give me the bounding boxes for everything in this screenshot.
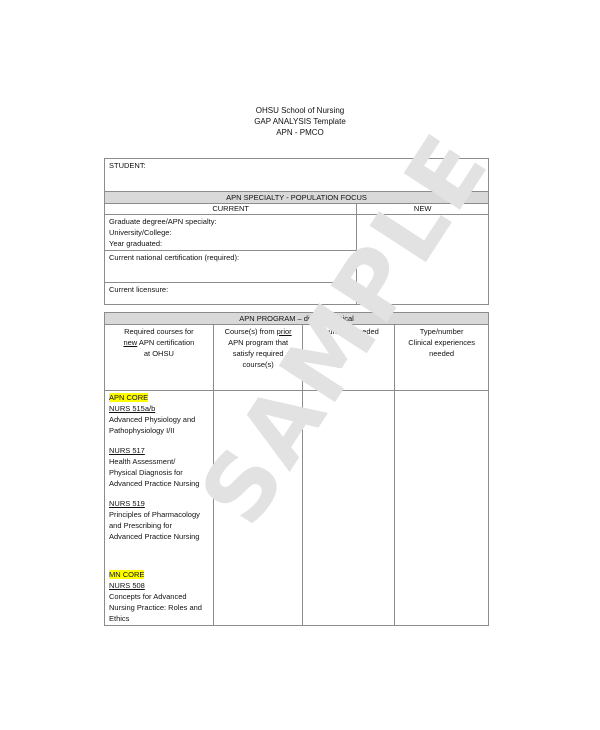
course-title: Nursing Practice: Roles and [109, 602, 209, 613]
program-table: APN PROGRAM – didactic/clinical Required… [104, 312, 489, 626]
year-graduated-label: Year graduated: [109, 238, 352, 249]
course-title: Ethics [109, 613, 209, 624]
specialty-table: STUDENT: APN SPECIALTY - POPULATION FOCU… [104, 158, 489, 305]
c1-line3: at OHSU [109, 348, 209, 359]
c2-line3: satisfy required [218, 348, 299, 359]
c2-line2: APN program that [218, 337, 299, 348]
graduate-degree-label: Graduate degree/APN specialty: [109, 216, 352, 227]
course-title: Advanced Physiology and [109, 414, 209, 425]
student-label: STUDENT: [109, 161, 146, 170]
specialty-header: APN SPECIALTY - POPULATION FOCUS [105, 192, 489, 204]
c2-line4: course(s) [218, 359, 299, 370]
c2-prior: prior [277, 327, 292, 336]
required-courses-cell: APN CORE NURS 515a/b Advanced Physiology… [105, 391, 214, 626]
apn-core-label: APN CORE [109, 393, 148, 402]
c4-line3: needed [399, 348, 484, 359]
course-code: NURS 508 [109, 580, 209, 591]
university-label: University/College: [109, 227, 352, 238]
courses-needed-cell[interactable] [303, 391, 395, 626]
c2-line1: Course(s) from prior [218, 326, 299, 337]
licensure-cell[interactable]: Current licensure: [105, 283, 357, 305]
new-column-header: NEW [357, 204, 489, 215]
document-title-block: OHSU School of Nursing GAP ANALYSIS Temp… [0, 105, 600, 138]
national-cert-cell[interactable]: Current national certification (required… [105, 251, 357, 283]
course-title: Advanced Practice Nursing [109, 531, 209, 542]
courses-needed-header: Course(s) needed [303, 325, 395, 391]
template-title: GAP ANALYSIS Template [0, 116, 600, 127]
course-title: Advanced Practice Nursing [109, 478, 209, 489]
student-field[interactable]: STUDENT: [105, 159, 489, 192]
course-title: Pathophysiology I/II [109, 425, 209, 436]
prior-courses-header: Course(s) from prior APN program that sa… [213, 325, 303, 391]
c4-line2: Clinical experiences [399, 337, 484, 348]
clinical-experiences-header: Type/number Clinical experiences needed [395, 325, 489, 391]
national-cert-label: Current national certification (required… [109, 253, 239, 262]
school-name: OHSU School of Nursing [0, 105, 600, 116]
c1-rest: APN certification [137, 338, 194, 347]
course-title: Concepts for Advanced [109, 591, 209, 602]
licensure-label: Current licensure: [109, 285, 168, 294]
new-specialty-cell[interactable] [357, 215, 489, 305]
course-title: and Prescribing for [109, 520, 209, 531]
program-header: APN PROGRAM – didactic/clinical [105, 313, 489, 325]
c1-line2: new APN certification [109, 337, 209, 348]
graduate-info-cell[interactable]: Graduate degree/APN specialty: Universit… [105, 215, 357, 251]
course-title: Health Assessment/ [109, 456, 209, 467]
c2-a: Course(s) from [225, 327, 277, 336]
course-title: Principles of Pharmacology [109, 509, 209, 520]
course-code: NURS 517 [109, 445, 209, 456]
prior-courses-cell[interactable] [213, 391, 303, 626]
course-code: NURS 519 [109, 498, 209, 509]
c4-line1: Type/number [399, 326, 484, 337]
current-column-header: CURRENT [105, 204, 357, 215]
clinical-experiences-cell[interactable] [395, 391, 489, 626]
program-subtitle: APN - PMCO [0, 127, 600, 138]
course-title: Physical Diagnosis for [109, 467, 209, 478]
mn-core-label: MN CORE [109, 570, 144, 579]
c1-line1: Required courses for [109, 326, 209, 337]
required-courses-header: Required courses for new APN certificati… [105, 325, 214, 391]
c1-new: new [123, 338, 137, 347]
course-code: NURS 515a/b [109, 403, 209, 414]
